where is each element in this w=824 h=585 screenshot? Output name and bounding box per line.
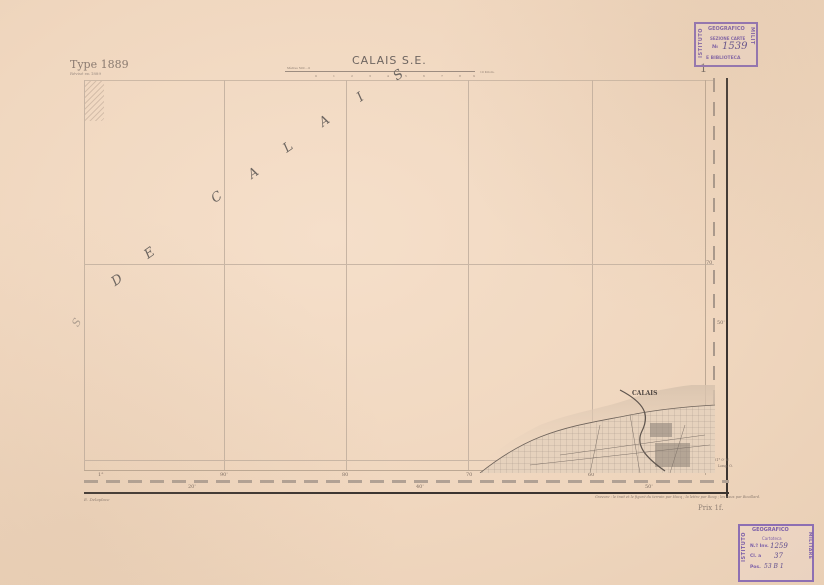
library-stamp-bottom: ISTITUTO GEOGRAFICO MILITARE Cartoteca N… <box>738 524 814 582</box>
library-stamp-top: ISTITUTO GEOGRAFICO MILIT SEZIONE CARTE … <box>694 22 758 67</box>
coord-label: 50' <box>645 484 653 490</box>
stamp-subtitle: Cartoteca <box>762 536 782 541</box>
price-label: Prix 1f. <box>698 504 724 512</box>
scale-tick: 1 <box>333 74 335 78</box>
scale-right-label: 10 Kilom. <box>480 70 495 74</box>
calais-coast-map <box>470 385 715 473</box>
scale-tick: 6 <box>423 74 425 78</box>
scale-tick: 3 <box>369 74 371 78</box>
stamp-vertical-left: ISTITUTO <box>698 28 704 58</box>
scale-tick: 2 <box>351 74 353 78</box>
coord-label: 50' <box>717 320 725 326</box>
grid-line-vertical <box>224 80 225 470</box>
scale-tick: 4 <box>387 74 389 78</box>
stamp-cl-label: Cl. a <box>750 554 761 559</box>
imprint-credit: Gravure : le trait et le figuré du terra… <box>595 495 760 499</box>
bottom-neatline <box>84 492 729 494</box>
coord-label: 40' <box>416 484 424 490</box>
coord-label: 80 <box>342 472 348 478</box>
scale-bar: 0 1 2 3 4 5 6 7 8 9 <box>285 71 475 76</box>
sheet-title: CALAIS S.E. <box>352 54 427 67</box>
grid-line-vertical <box>468 80 469 470</box>
town-label-calais: CALAIS <box>632 390 657 397</box>
coord-label: 70 <box>706 260 712 266</box>
type-label: Type 1889 <box>70 58 129 71</box>
coord-label: 90' <box>220 472 228 478</box>
right-neatline <box>726 78 728 498</box>
stamp-top-line: GEOGRAFICO <box>708 26 745 32</box>
scale-left-label: Mètres 500 ...0 <box>287 66 310 70</box>
stamp-top-line: GEOGRAFICO <box>752 527 789 533</box>
stamp-inv-value: 1259 <box>770 542 788 550</box>
grid-line-vertical <box>346 80 347 470</box>
type-sublabel: Révisé en 1889 <box>70 71 101 76</box>
coord-label: 1° <box>98 472 104 478</box>
stamp-number-value: 1539 <box>722 41 747 52</box>
coord-label: 20' <box>188 484 196 490</box>
stamp-bottom-line: E BIBLIOTECA <box>706 56 740 61</box>
coord-label: 51° 0' N <box>714 458 729 462</box>
stamp-pos-label: Pos. <box>750 565 761 570</box>
sea-letter: S <box>69 316 84 329</box>
stamp-cl-value: 37 <box>774 552 783 560</box>
hatched-corner <box>84 81 104 121</box>
scale-tick: 9 <box>473 74 475 78</box>
grid-line-horizontal <box>84 264 714 265</box>
stamp-vertical-right: MILIT <box>749 27 755 45</box>
stamp-pos-value: 53 B 1 <box>764 563 784 570</box>
stamp-vertical-left: ISTITUTO <box>741 532 747 562</box>
engraver-credit: E. Delaplace <box>84 497 110 502</box>
stamp-vertical-right: MILITARE <box>807 532 812 559</box>
map-sheet: Type 1889 Révisé en 1889 CALAIS S.E. 1 M… <box>0 0 824 585</box>
stamp-inv-label: N.º Inv. <box>750 544 769 549</box>
coord-label: Long. O. <box>718 464 733 468</box>
bottom-graduated-border <box>84 480 729 483</box>
stamp-number-label: № <box>712 44 718 50</box>
grid-line-vertical <box>84 80 85 470</box>
scale-tick: 8 <box>459 74 461 78</box>
scale-tick: 7 <box>441 74 443 78</box>
scale-tick: 0 <box>315 74 317 78</box>
